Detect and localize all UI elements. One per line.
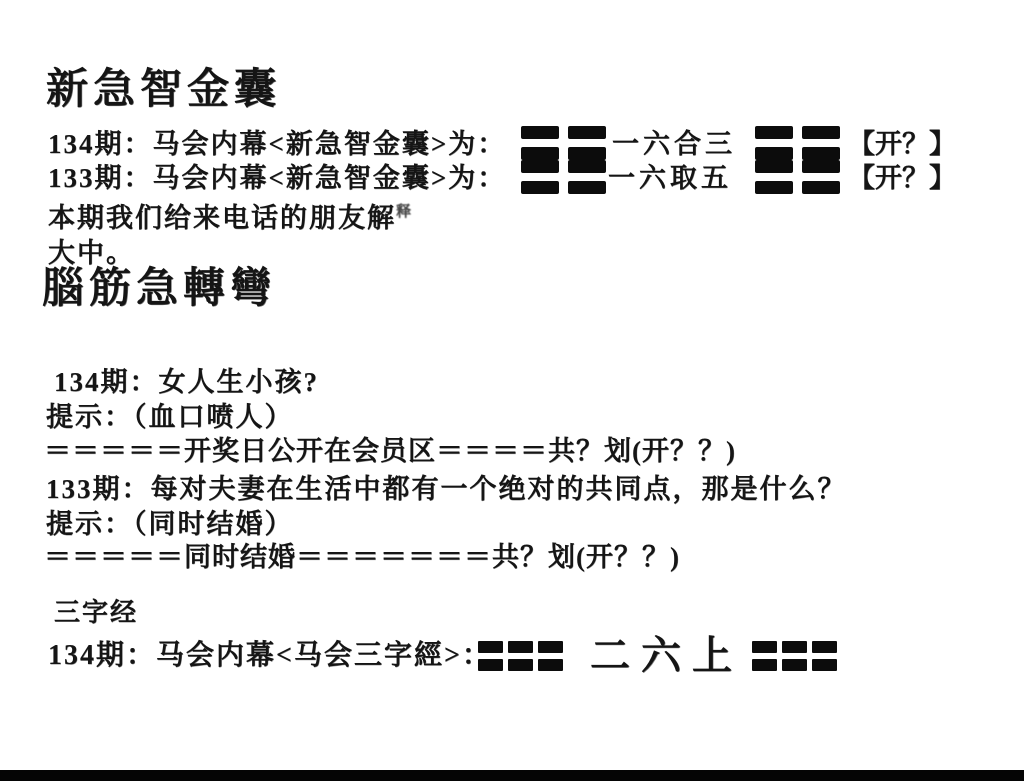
three-char-row-label: 134期：马会内幕<马会三字經>： <box>48 633 492 673</box>
teaser-133-question: 133期：每对夫妻在生活中都有一个绝对的共同点，那是什么？ <box>46 467 847 506</box>
note-superscript-smudge: 释 <box>396 204 411 220</box>
three-char-title: 三字经 <box>54 592 138 629</box>
blocks-icon <box>752 641 840 672</box>
scanned-tip-sheet: 新急智金囊 134期：马会内幕<新急智金囊>为： 一六合三 【开？】 133期：… <box>0 0 1024 781</box>
trigram-icon <box>521 126 609 160</box>
golden-bag-row-133-open: 【开？】 <box>848 156 956 195</box>
teaser-133-answer-line: ＝＝＝＝＝同时结婚＝＝＝＝＝＝＝共？划(开？？) <box>44 535 680 574</box>
trigram-icon <box>755 160 843 194</box>
teaser-134-question: 134期：女人生小孩? <box>54 360 319 399</box>
blocks-icon <box>478 641 566 672</box>
note-text: 本期我们给来电话的朋友解 <box>48 203 396 233</box>
golden-bag-title: 新急智金囊 <box>46 56 281 116</box>
brain-teaser-title: 腦筋急轉彎 <box>42 255 277 315</box>
golden-bag-row-133-label: 133期：马会内幕<新急智金囊>为： <box>48 156 506 195</box>
scan-edge-bar <box>0 770 1024 781</box>
note-line-1: 本期我们给来电话的朋友解释 <box>48 196 411 235</box>
trigram-icon <box>521 160 609 194</box>
three-char-phrase: 二六上 <box>590 624 743 681</box>
trigram-icon <box>755 126 843 160</box>
golden-bag-row-133-phrase: 一六取五 <box>608 156 732 195</box>
teaser-134-answer-line: ＝＝＝＝＝开奖日公开在会员区＝＝＝＝共？划(开？？) <box>44 429 736 468</box>
